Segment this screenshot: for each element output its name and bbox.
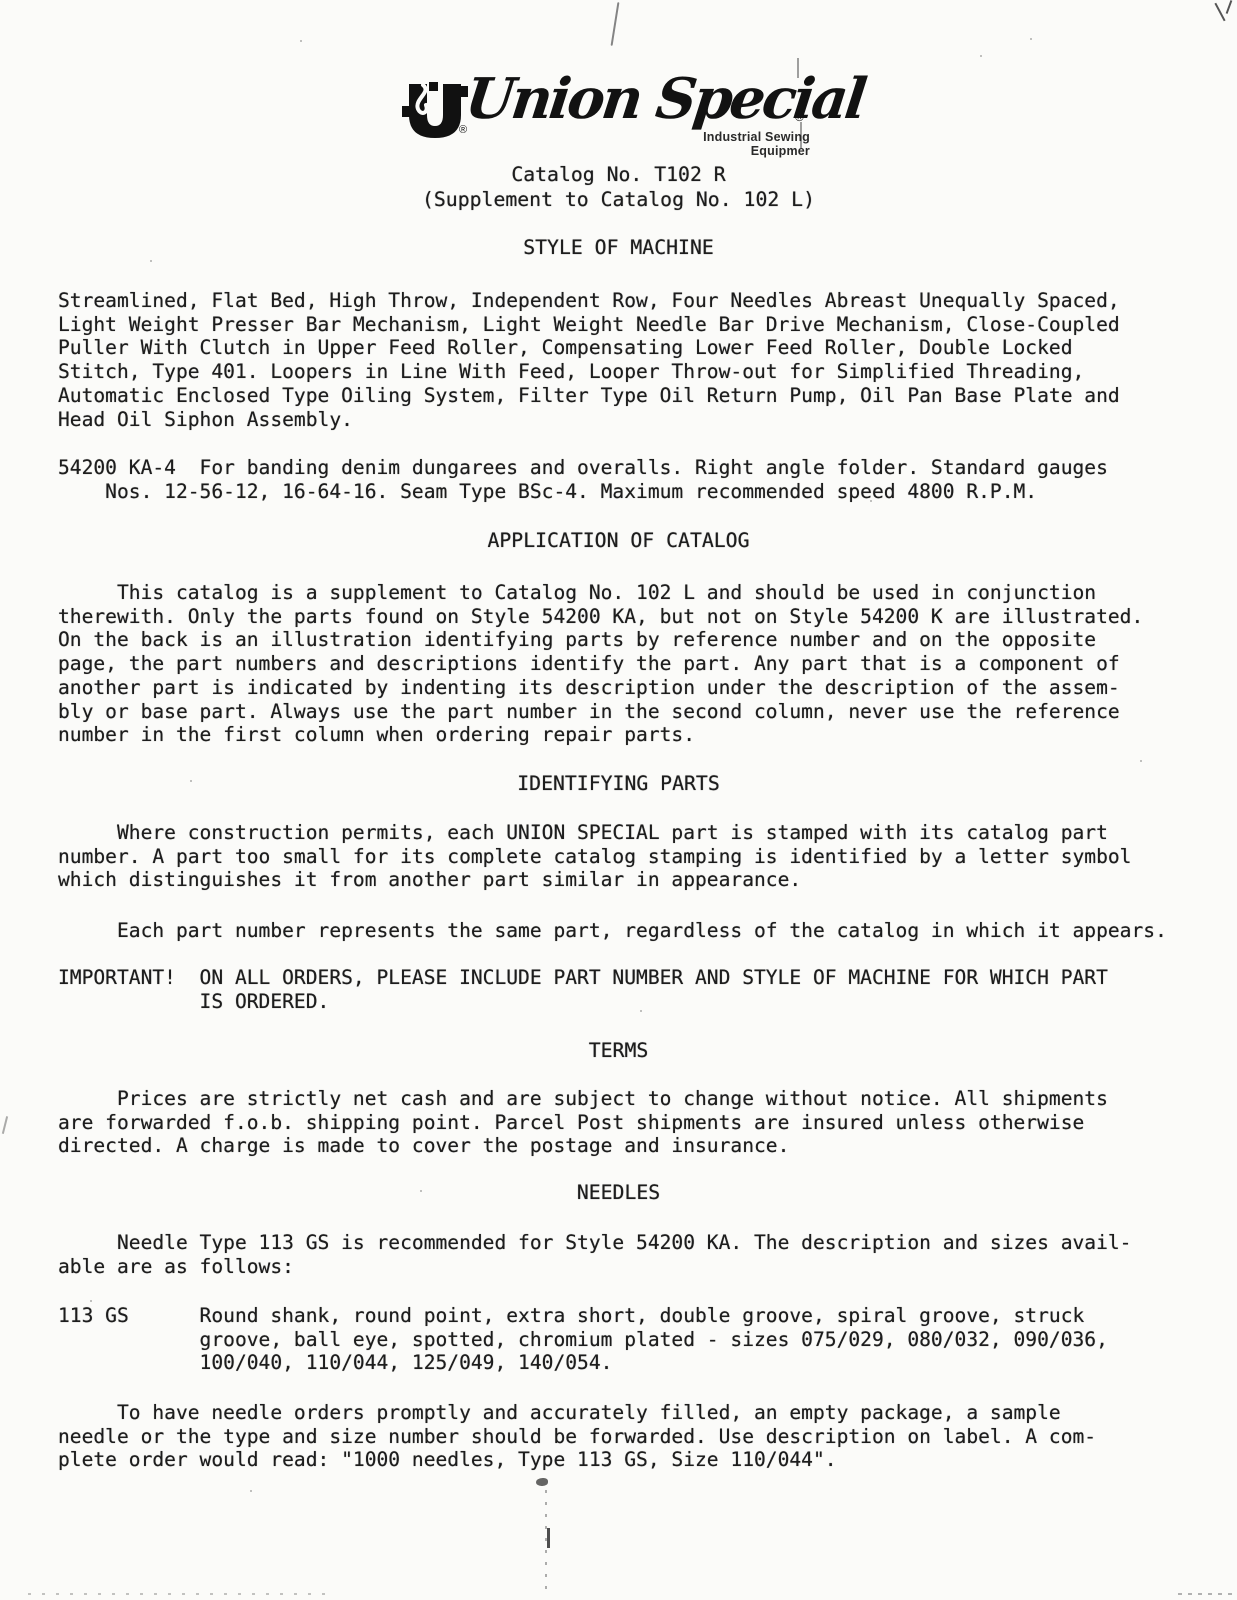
catalog-page: ® Union Special ® Industrial Sewing Equi… [0, 0, 1237, 1600]
brand-logo-script: Union Special [462, 66, 868, 132]
needle-ordering-instructions: To have needle orders promptly and accur… [58, 1401, 1096, 1472]
scan-artifact-slash [611, 2, 620, 46]
brand-tagline: Industrial Sewing Equipmer [646, 130, 810, 158]
scan-speck [150, 260, 152, 262]
scan-artifact-checkmark [1226, 0, 1233, 14]
scan-artifact-dotted-line [545, 1490, 547, 1594]
scan-speck [1140, 760, 1142, 762]
identifying-parts-note: Each part number represents the same par… [58, 919, 1167, 943]
scan-artifact-checkmark [1214, 3, 1225, 22]
scan-speck [250, 1490, 252, 1492]
section-heading-identifying-parts: IDENTIFYING PARTS [0, 772, 1237, 796]
scan-artifact-smudge [536, 1478, 548, 1486]
scan-speck [1030, 38, 1032, 40]
section-heading-needles: NEEDLES [0, 1181, 1237, 1205]
scan-artifact-dots [28, 1593, 328, 1595]
scan-artifact-dash [547, 1528, 550, 1548]
application-of-catalog-body: This catalog is a supplement to Catalog … [58, 581, 1143, 747]
style-entry-54200-ka4: 54200 KA-4 For banding denim dungarees a… [58, 456, 1108, 503]
scan-speck [300, 40, 302, 42]
catalog-number: Catalog No. T102 R [0, 163, 1237, 187]
catalog-supplement: (Supplement to Catalog No. 102 L) [0, 188, 1237, 212]
section-heading-application-of-catalog: APPLICATION OF CATALOG [0, 529, 1237, 553]
needles-intro: Needle Type 113 GS is recommended for St… [58, 1231, 1131, 1278]
registered-mark-icon: ® [795, 110, 804, 124]
terms-body: Prices are strictly net cash and are sub… [58, 1087, 1108, 1158]
scan-artifact-slash [2, 1116, 8, 1134]
identifying-parts-body: Where construction permits, each UNION S… [58, 821, 1131, 892]
scan-artifact-dots [1178, 1593, 1234, 1595]
section-heading-terms: TERMS [0, 1039, 1237, 1063]
style-of-machine-description: Streamlined, Flat Bed, High Throw, Indep… [58, 289, 1120, 431]
needle-113-gs-description: 113 GS Round shank, round point, extra s… [58, 1304, 1108, 1375]
important-notice: IMPORTANT! ON ALL ORDERS, PLEASE INCLUDE… [58, 966, 1108, 1013]
scan-speck [90, 1300, 92, 1302]
scan-speck [980, 55, 982, 57]
section-heading-style-of-machine: STYLE OF MACHINE [0, 236, 1237, 260]
